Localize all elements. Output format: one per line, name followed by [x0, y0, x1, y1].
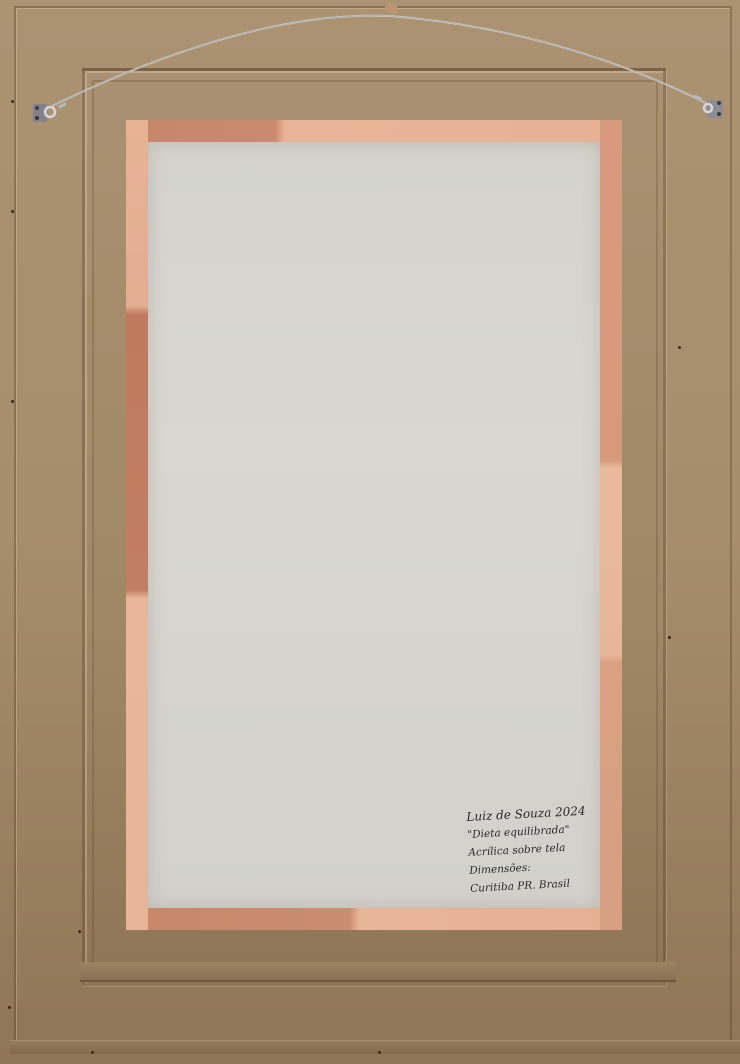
- left-hanger-icon: [33, 102, 66, 122]
- handwritten-inscription: Luiz de Souza 2024 "Dieta equilibrada" A…: [466, 800, 621, 898]
- nail-hole: [378, 1051, 381, 1054]
- stretcher-bar-left: [126, 120, 148, 930]
- nail-hole: [11, 400, 14, 403]
- nail-hole: [78, 930, 81, 933]
- hanging-wire: [0, 0, 740, 140]
- bottom-ledge: [80, 962, 676, 982]
- nail-hole: [91, 1051, 94, 1054]
- canvas-back: [148, 142, 600, 908]
- base-ledge: [10, 1040, 740, 1054]
- stretcher-bar-bottom: [126, 908, 622, 930]
- nail-hole: [668, 636, 671, 639]
- nail-hole: [11, 210, 14, 213]
- nail-hole: [8, 1006, 11, 1009]
- right-hanger-icon: [694, 94, 723, 118]
- nail-hole: [678, 346, 681, 349]
